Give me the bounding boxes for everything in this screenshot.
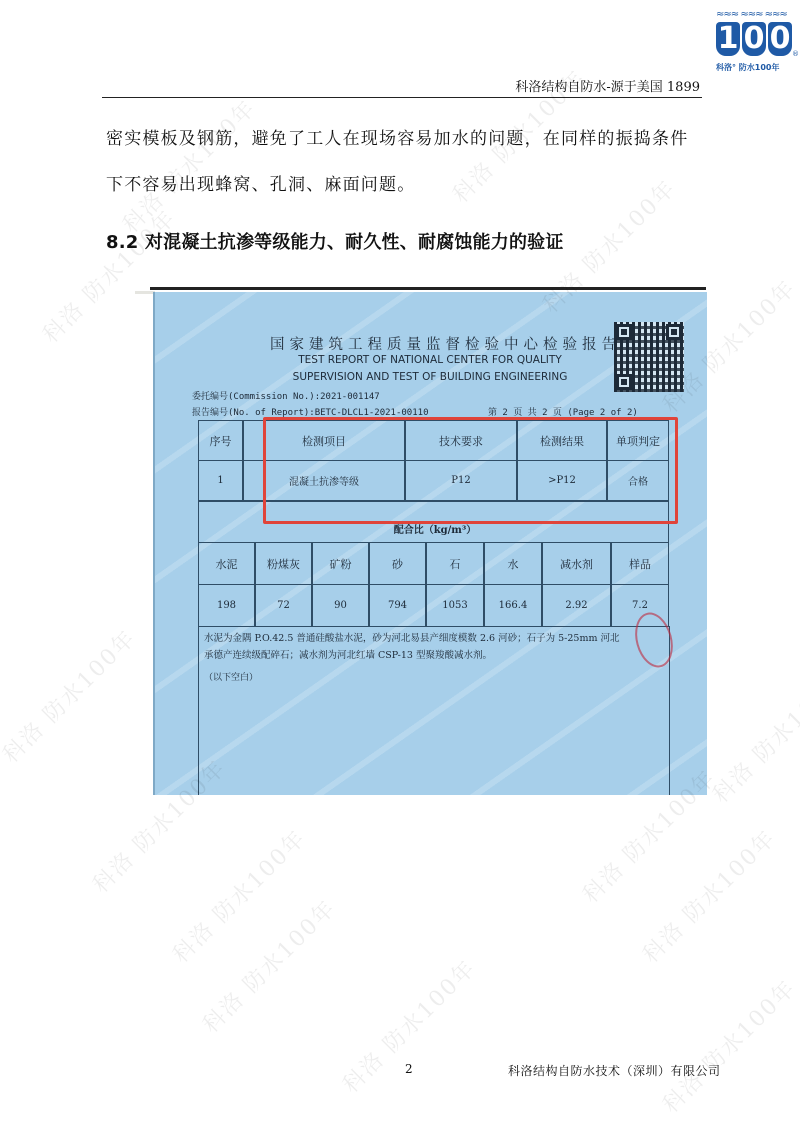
report-note: （以下空白） [204,670,258,683]
footer-company: 科洛结构自防水技术（深圳）有限公司 [508,1062,721,1079]
registered-mark-icon: ® [792,50,799,58]
table-header-cell: 矿粉 [312,542,369,585]
table-header-cell: 水 [484,542,542,585]
table-header-cell: 减水剂 [542,542,611,585]
watermark: 科洛 防水100年 [705,662,800,809]
logo-digit: 0 [768,22,792,56]
paragraph-line: 下不容易出现蜂窝、孔洞、麻面问题。 [106,170,415,195]
watermark: 科洛 防水100年 [655,972,800,1119]
watermark: 科洛 防水100年 [635,822,782,969]
photo-edge [135,291,155,294]
table-cell: 72 [255,584,312,627]
report-title-cn: 国家建筑工程质量监督检验中心检验报告 [270,333,621,354]
paragraph-line: 密实模板及钢筋，避免了工人在现场容易加水的问题，在同样的振捣条件 [106,124,688,149]
table-header-cell: 粉煤灰 [255,542,312,585]
photo-edge [150,287,706,290]
table-cell: 166.4 [484,584,542,627]
commission-number: 委托编号(Commission No.):2021-001147 [192,389,380,402]
watermark: 科洛 防水100年 [0,622,142,769]
logo-digit: 0 [742,22,766,56]
report-title-en: SUPERVISION AND TEST OF BUILDING ENGINEE… [200,371,660,383]
table-cell: 90 [312,584,369,627]
table-cell: 794 [369,584,426,627]
qr-code-icon [614,322,684,392]
table-header-cell: 样品 [611,542,669,585]
section-heading: 8.2 对混凝土抗渗等级能力、耐久性、耐腐蚀能力的验证 [106,228,564,254]
table-border [198,626,199,795]
header-divider [102,97,702,98]
brand-logo: ≈≈≈ ≈≈≈ ≈≈≈ 1 0 0 ® 科洛° 防水100年 [712,10,798,76]
running-title: 科洛结构自防水-源于美国 1899 [102,76,702,95]
table-header-cell: 水泥 [198,542,255,585]
logo-tagline: 科洛° 防水100年 [716,62,779,73]
table-cell: 198 [198,584,255,627]
watermark: 科洛 防水100年 [115,92,262,239]
watermark: 科洛 防水100年 [335,952,482,1099]
report-title-en: TEST REPORT OF NATIONAL CENTER FOR QUALI… [200,354,660,366]
logo-digit: 1 [716,22,740,56]
watermark: 科洛 防水100年 [195,892,342,1039]
table-cell: 1053 [426,584,484,627]
table-cell: 2.92 [542,584,611,627]
table-header-cell: 石 [426,542,484,585]
page-number: 2 [405,1062,413,1076]
report-note: 承德产连续级配碎石；减水剂为河北红墙 CSP-13 型聚羧酸减水剂。 [204,647,492,661]
table-cell: 1 [198,460,243,501]
watermark: 科洛 防水100年 [165,822,312,969]
table-header-cell: 砂 [369,542,426,585]
photo-edge [153,292,155,795]
highlight-box [263,417,678,524]
report-note: 水泥为金隅 P.O.42.5 普通硅酸盐水泥，砂为河北易县产细度模数 2.6 河… [204,630,619,644]
table-header-cell: 序号 [198,420,243,461]
